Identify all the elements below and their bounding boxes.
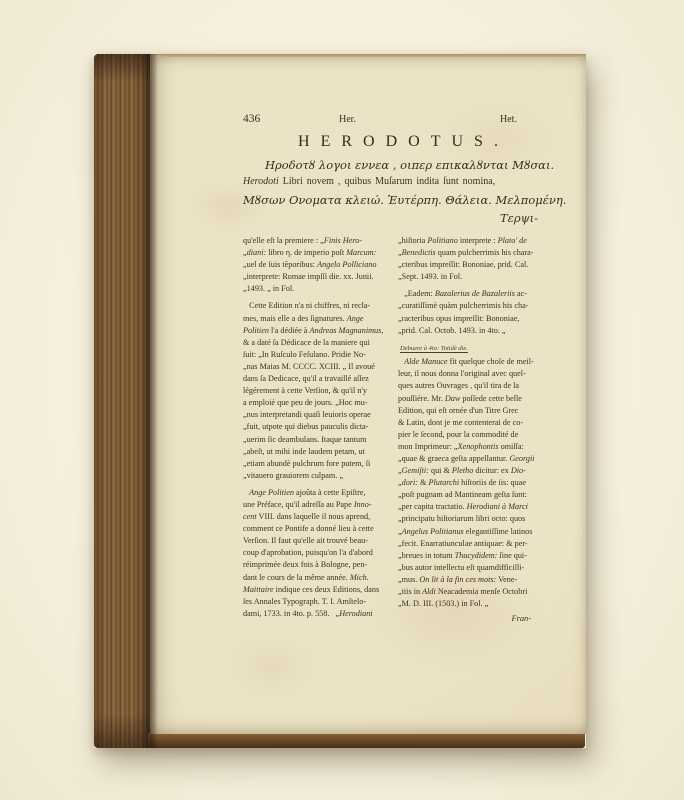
text-line: ſuit: „In Ruſculo Feſulano. Pridie No-: [243, 349, 392, 361]
text-line: mes, mais elle a des ſignatures. Ange: [243, 313, 392, 325]
text-line: leur, il nous donna l'original avec quel…: [398, 368, 553, 380]
greek-title-line-2: Μȣσων Ονοματα κλειώ. Ἑυτέρπη. Θάλεια. Με…: [243, 193, 553, 207]
text-line: pouſſiére. Mr. Daw poſſede cette belle: [398, 393, 553, 405]
text-line: a emploié que peu de jours. „Hoc mu-: [243, 397, 392, 409]
text-line: légérement à cette Verſion, & qu'il n'y: [243, 385, 392, 397]
text-line: „racteribus opus impreſſit: Bononiae,: [398, 313, 553, 325]
text-line: „bus autor intellectu eſt quamdifficilli…: [398, 562, 553, 574]
text-line: Cette Edition n'a ni chiffres, ni recla-: [243, 300, 392, 312]
text-line: ques autres Ouvrages , qu'il tira de la: [398, 380, 553, 392]
text-line: „tiis in Aldi Neacademia menſe Octobri: [398, 586, 553, 598]
text-line: réimprimée deux fois à Bologne, pen-: [243, 559, 392, 571]
page-number: 436: [243, 113, 260, 125]
text-line: & a daté ſa Dédicace de la maniere qui: [243, 337, 392, 349]
text-line: „nus interpretandi quaſi leuioris operae: [243, 409, 392, 421]
text-line: qu'elle eſt la premiere : „Finis Hero-: [243, 235, 392, 247]
text-line: „per capita tractatio. Herodiani à Marci: [398, 501, 553, 513]
text-line: dami, 1733. in 4to. p. 558. „Herodiani: [243, 608, 392, 620]
text-line: Politien l'a dédiée à Andreas Magnanimus…: [243, 325, 392, 337]
text-line: Alde Manuce fit quelque choſe de meil-: [398, 356, 553, 368]
catchword: Fran-: [398, 614, 553, 623]
text-line: „fuit, utpote qui diebus pauculis dicta-: [243, 421, 392, 433]
text-line: „uerim ſic deambulans. Itaque tantum: [243, 434, 392, 446]
running-head-right: Het.: [500, 114, 517, 125]
text-line: „cteribus impreſſit: Bononiae, prid. Cal…: [398, 259, 553, 271]
latin-title-line: Herodoti Libri novem , quibus Muſarum in…: [243, 176, 553, 187]
text-line: „fecit. Enarratiunculae antiquae: & per-: [398, 538, 553, 550]
book: 436 Her. Het. HERODOTUS. Ηροδοτȣ λογοι ε…: [94, 54, 586, 748]
text-line: Edition, qui eſt ornée d'un Titre Grec: [398, 405, 553, 417]
photograph-background: 436 Her. Het. HERODOTUS. Ηροδοτȣ λογοι ε…: [0, 0, 684, 800]
greek-continuation-word: Τερψι-: [500, 211, 538, 225]
text-line: & Latin, dont je me contenterai de co-: [398, 417, 553, 429]
text-line: pier le ſecond, pour la commodité de: [398, 429, 553, 441]
text-line: mon Imprimeur: „Xenophontis omiſſa:: [398, 441, 553, 453]
text-line: „dori: & Plutarchi hiſtoriis de iis: qua…: [398, 477, 553, 489]
article-title: HERODOTUS.: [243, 133, 553, 151]
text-line: „vitauero grauiorem culpam. „: [243, 470, 392, 482]
text-line: „M. D. III. (1503.) in Fol. „: [398, 598, 553, 610]
text-line: „nas Maias M. CCCC. XCIII. „ Il avoué: [243, 361, 392, 373]
running-head-row: 436 Her. Het.: [243, 113, 553, 127]
spine-crease: [142, 54, 158, 748]
running-head-left: Her.: [339, 114, 356, 125]
text-line: „Angelus Politianus elegantiſſime latino…: [398, 526, 553, 538]
text-line: „1493. „ in Fol.: [243, 283, 392, 295]
right-column-top: „hiſtoria Politiano interprete : Plato' …: [398, 235, 553, 337]
text-line: „hiſtoria Politiano interprete : Plato' …: [398, 235, 553, 247]
book-bottom-edge: [148, 733, 585, 748]
text-line: dant le cours de la même année. Mich.: [243, 572, 392, 584]
text-line: „Sept. 1493. in Fol.: [398, 271, 553, 283]
greek-title-line-1: Ηροδοτȣ λογοι εννεα , οιπερ επικαλȣνται …: [243, 158, 575, 172]
text-line: „Gemiſti: qui & Pletho dicitur: ex Dio-: [398, 465, 553, 477]
text-line: „prid. Cal. Octob. 1493. in 4to. „: [398, 325, 553, 337]
left-column: qu'elle eſt la premiere : „Finis Hero-„d…: [243, 235, 392, 623]
text-line: „breues in totum Thucydidem: ſine qui-: [398, 550, 553, 562]
text-line: cent VIII. dans laquelle il nous aprend,: [243, 511, 392, 523]
text-line: „uel de ſuis tēporibus: Angelo Pollician…: [243, 259, 392, 271]
text-line: „interprete: Romae impſſi die. xx. Junii…: [243, 271, 392, 283]
right-column: „hiſtoria Politiano interprete : Plato' …: [398, 235, 553, 623]
text-line: „etiam abundè pulchrum fore putem, ſi: [243, 458, 392, 470]
text-line: „poſt pugnam ad Mantineam geſta ſunt:: [398, 489, 553, 501]
text-line: „quae & graeca geſta appellantur. Georgi…: [398, 453, 553, 465]
text-line: Verſion. Il faut qu'elle ait trouvé beau…: [243, 535, 392, 547]
text-line: dans ſa Dedicace, qu'il a travaillé aſſe…: [243, 373, 392, 385]
book-page: 436 Her. Het. HERODOTUS. Ηροδοτȣ λογοι ε…: [150, 57, 586, 734]
text-line: „mus. On lit à la fin ces mots: Vene-: [398, 574, 553, 586]
text-line: „Benedictis quam pulcherrimis his chara-: [398, 247, 553, 259]
text-line: Maittaire indique ces deux Editions, dan…: [243, 584, 392, 596]
text-line: Ange Politien ajoûta à cette Epiſtre,: [243, 487, 392, 499]
marginal-note: Debuere à 4to: Totidè die.: [400, 345, 468, 354]
text-line: une Préface, qu'il adreſſa au Pape Inno-: [243, 499, 392, 511]
right-column-bottom: Alde Manuce fit quelque choſe de meil-le…: [398, 356, 553, 610]
text-line: „abeſt, ut mihi inde laudem petam, ut: [243, 446, 392, 458]
text-line: „Eadem: Bazalerius de Bazaleriis ac-: [398, 288, 553, 300]
text-line: „principatu hiſtoriarum libri octo: quos: [398, 513, 553, 525]
text-columns: qu'elle eſt la premiere : „Finis Hero-„d…: [243, 235, 553, 623]
text-line: ſes Annales Typograph. T. I. Amſtelo-: [243, 596, 392, 608]
text-line: coup d'aprobation, puisqu'on l'a d'abord: [243, 547, 392, 559]
text-line: „curatiſſimè quàm pulcherrimis his cha-: [398, 300, 553, 312]
text-line: „diani: libro η. de imperio poſt Marcum:: [243, 247, 392, 259]
text-line: comment ce Pontife a donné lieu à cette: [243, 523, 392, 535]
